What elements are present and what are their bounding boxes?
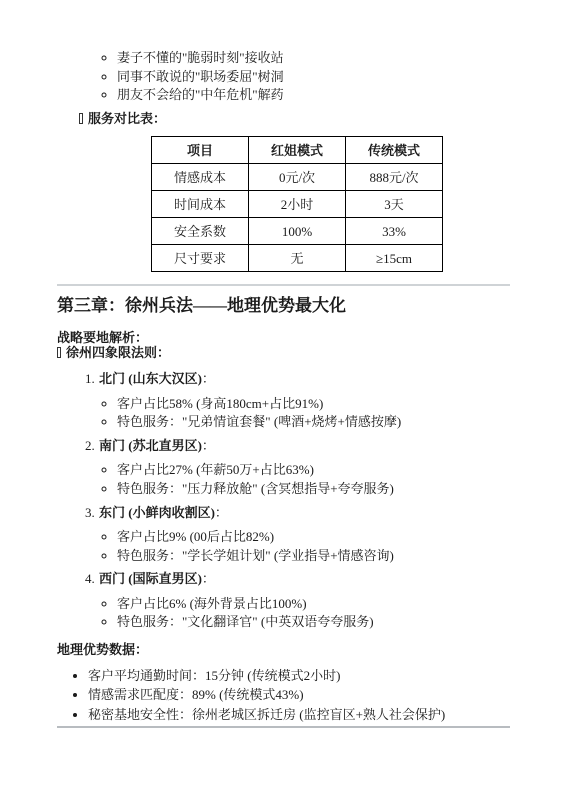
table-row: 尺寸要求 无 ≥15cm: [152, 245, 443, 272]
page-bottom-divider: [57, 726, 510, 728]
quadrant-colon: ：: [202, 371, 215, 386]
table-header-row: 项目 红姐模式 传统模式: [152, 137, 443, 164]
list-item: 秘密基地安全性：徐州老城区拆迁房 (监控盲区+熟人社会保护): [88, 707, 510, 723]
quadrant-number: 2.: [85, 438, 96, 454]
table-cell: 2小时: [249, 191, 346, 218]
table-header-cell: 红姐模式: [249, 137, 346, 164]
table-cell: 888元/次: [346, 164, 443, 191]
geo-advantage-label: 地理优势数据：: [57, 642, 510, 658]
table-cell: 情感成本: [152, 164, 249, 191]
quadrant-colon: ：: [215, 505, 228, 520]
table-header-cell: 传统模式: [346, 137, 443, 164]
table-row: 情感成本 0元/次 888元/次: [152, 164, 443, 191]
quadrant-colon: ：: [202, 438, 215, 453]
quadrant-name: 南门 (苏北直男区): [99, 438, 202, 453]
quadrant-item-west: 4.西门 (国际直男区)： 客户占比6% (海外背景占比100%) 特色服务："…: [85, 571, 510, 630]
table-cell: 3天: [346, 191, 443, 218]
missing-emoji-icon: [57, 347, 61, 358]
quadrant-number: 4.: [85, 571, 96, 587]
table-cell: 33%: [346, 218, 443, 245]
quadrant-detail-list: 客户占比27% (年薪50万+占比63%) 特色服务："压力释放舱" (含冥想指…: [85, 462, 510, 496]
table-cell: 100%: [249, 218, 346, 245]
list-item: 同事不敢说的"职场委屈"树洞: [117, 69, 510, 85]
quadrant-detail-list: 客户占比58% (身高180cm+占比91%) 特色服务："兄弟情谊套餐" (啤…: [85, 396, 510, 430]
list-item: 情感需求匹配度：89% (传统模式43%): [88, 687, 510, 703]
strategy-analysis-label: 战略要地解析：: [57, 330, 148, 345]
list-item: 妻子不懂的"脆弱时刻"接收站: [117, 50, 510, 66]
table-cell: 安全系数: [152, 218, 249, 245]
quadrant-number: 1.: [85, 371, 96, 387]
table-cell: ≥15cm: [346, 245, 443, 272]
table-header-cell: 项目: [152, 137, 249, 164]
table-cell: 尺寸要求: [152, 245, 249, 272]
missing-emoji-icon: [79, 113, 83, 124]
quadrant-number: 3.: [85, 505, 96, 521]
quadrant-detail-list: 客户占比6% (海外背景占比100%) 特色服务："文化翻译官" (中英双语夸夸…: [85, 596, 510, 630]
chapter-heading: 第三章：徐州兵法——地理优势最大化: [57, 296, 510, 316]
quadrant-rule-label: 徐州四象限法则：: [66, 345, 170, 360]
table-cell: 时间成本: [152, 191, 249, 218]
list-item: 客户占比9% (00后占比82%): [117, 529, 510, 545]
comparison-table-label-text: 服务对比表：: [88, 111, 166, 126]
comparison-table-label: 服务对比表：: [79, 111, 510, 127]
table-row: 时间成本 2小时 3天: [152, 191, 443, 218]
list-item: 特色服务："文化翻译官" (中英双语夸夸服务): [117, 614, 510, 630]
table-row: 安全系数 100% 33%: [152, 218, 443, 245]
list-item: 朋友不会给的"中年危机"解药: [117, 87, 510, 103]
quadrant-name: 东门 (小鲜肉收割区): [99, 505, 215, 520]
strategy-labels: 战略要地解析：徐州四象限法则：: [57, 330, 510, 361]
quadrant-ordered-list: 1.北门 (山东大汉区)： 客户占比58% (身高180cm+占比91%) 特色…: [57, 371, 510, 630]
list-item: 客户平均通勤时间：15分钟 (传统模式2小时): [88, 668, 510, 684]
list-item: 特色服务："兄弟情谊套餐" (啤酒+烧烤+情感按摩): [117, 414, 510, 430]
quadrant-colon: ：: [202, 571, 215, 586]
intro-bullet-list: 妻子不懂的"脆弱时刻"接收站 同事不敢说的"职场委屈"树洞 朋友不会给的"中年危…: [81, 50, 510, 103]
quadrant-name: 北门 (山东大汉区): [99, 371, 202, 386]
list-item: 特色服务："学长学姐计划" (学业指导+情感咨询): [117, 548, 510, 564]
document-page: 妻子不懂的"脆弱时刻"接收站 同事不敢说的"职场委屈"树洞 朋友不会给的"中年危…: [0, 0, 566, 728]
list-item: 特色服务："压力释放舱" (含冥想指导+夸夸服务): [117, 481, 510, 497]
list-item: 客户占比27% (年薪50万+占比63%): [117, 462, 510, 478]
quadrant-item-south: 2.南门 (苏北直男区)： 客户占比27% (年薪50万+占比63%) 特色服务…: [85, 438, 510, 497]
table-cell: 0元/次: [249, 164, 346, 191]
quadrant-item-north: 1.北门 (山东大汉区)： 客户占比58% (身高180cm+占比91%) 特色…: [85, 371, 510, 430]
list-item: 客户占比58% (身高180cm+占比91%): [117, 396, 510, 412]
service-comparison-table: 项目 红姐模式 传统模式 情感成本 0元/次 888元/次 时间成本 2小时 3…: [151, 136, 443, 272]
quadrant-item-east: 3.东门 (小鲜肉收割区)： 客户占比9% (00后占比82%) 特色服务："学…: [85, 505, 510, 564]
list-item: 客户占比6% (海外背景占比100%): [117, 596, 510, 612]
quadrant-detail-list: 客户占比9% (00后占比82%) 特色服务："学长学姐计划" (学业指导+情感…: [85, 529, 510, 563]
section-divider: [57, 284, 510, 286]
table-cell: 无: [249, 245, 346, 272]
quadrant-name: 西门 (国际直男区): [99, 571, 202, 586]
geo-advantage-list: 客户平均通勤时间：15分钟 (传统模式2小时) 情感需求匹配度：89% (传统模…: [57, 668, 510, 723]
